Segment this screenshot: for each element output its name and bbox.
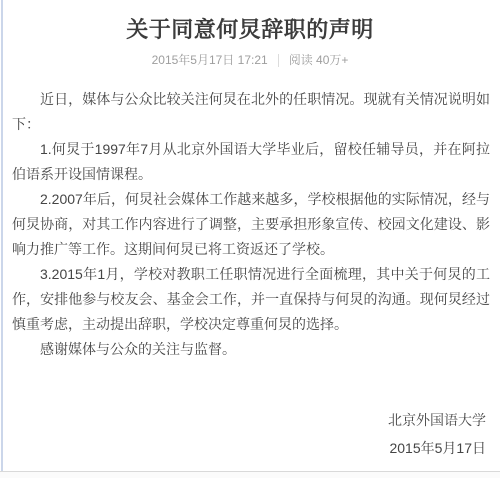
meta-row: 2015年5月17日 17:21 阅读 40万+	[0, 52, 500, 69]
paragraph-intro: 近日，媒体与公众比较关注何炅在北外的任职情况。现就有关情况说明如下：	[12, 87, 490, 137]
paragraph-item-3: 3.2015年1月，学校对教职工任职情况进行全面梳理，其中关于何炅的工作，安排他…	[12, 262, 490, 337]
read-count: 阅读 40万+	[289, 52, 349, 69]
publish-datetime: 2015年5月17日 17:21	[152, 52, 268, 69]
statement-body: 近日，媒体与公众比较关注何炅在北外的任职情况。现就有关情况说明如下： 1.何炅于…	[0, 87, 500, 362]
paragraph-item-1: 1.何炅于1997年7月从北京外国语大学毕业后，留校任辅导员，并在阿拉伯语系开设…	[12, 137, 490, 187]
signature-block: 北京外国语大学 2015年5月17日	[388, 406, 486, 462]
statement-document: 关于同意何炅辞职的声明 2015年5月17日 17:21 阅读 40万+ 近日，…	[0, 0, 500, 478]
signature-org: 北京外国语大学	[388, 406, 486, 434]
statement-title: 关于同意何炅辞职的声明	[0, 0, 500, 45]
paragraph-item-2: 2.2007年后，何炅社会媒体工作越来越多，学校根据他的实际情况，经与何炅协商，…	[12, 187, 490, 262]
paragraph-thanks: 感谢媒体与公众的关注与监督。	[12, 337, 490, 362]
bottom-border	[0, 471, 500, 478]
meta-divider	[278, 54, 279, 67]
signature-date: 2015年5月17日	[388, 434, 486, 462]
